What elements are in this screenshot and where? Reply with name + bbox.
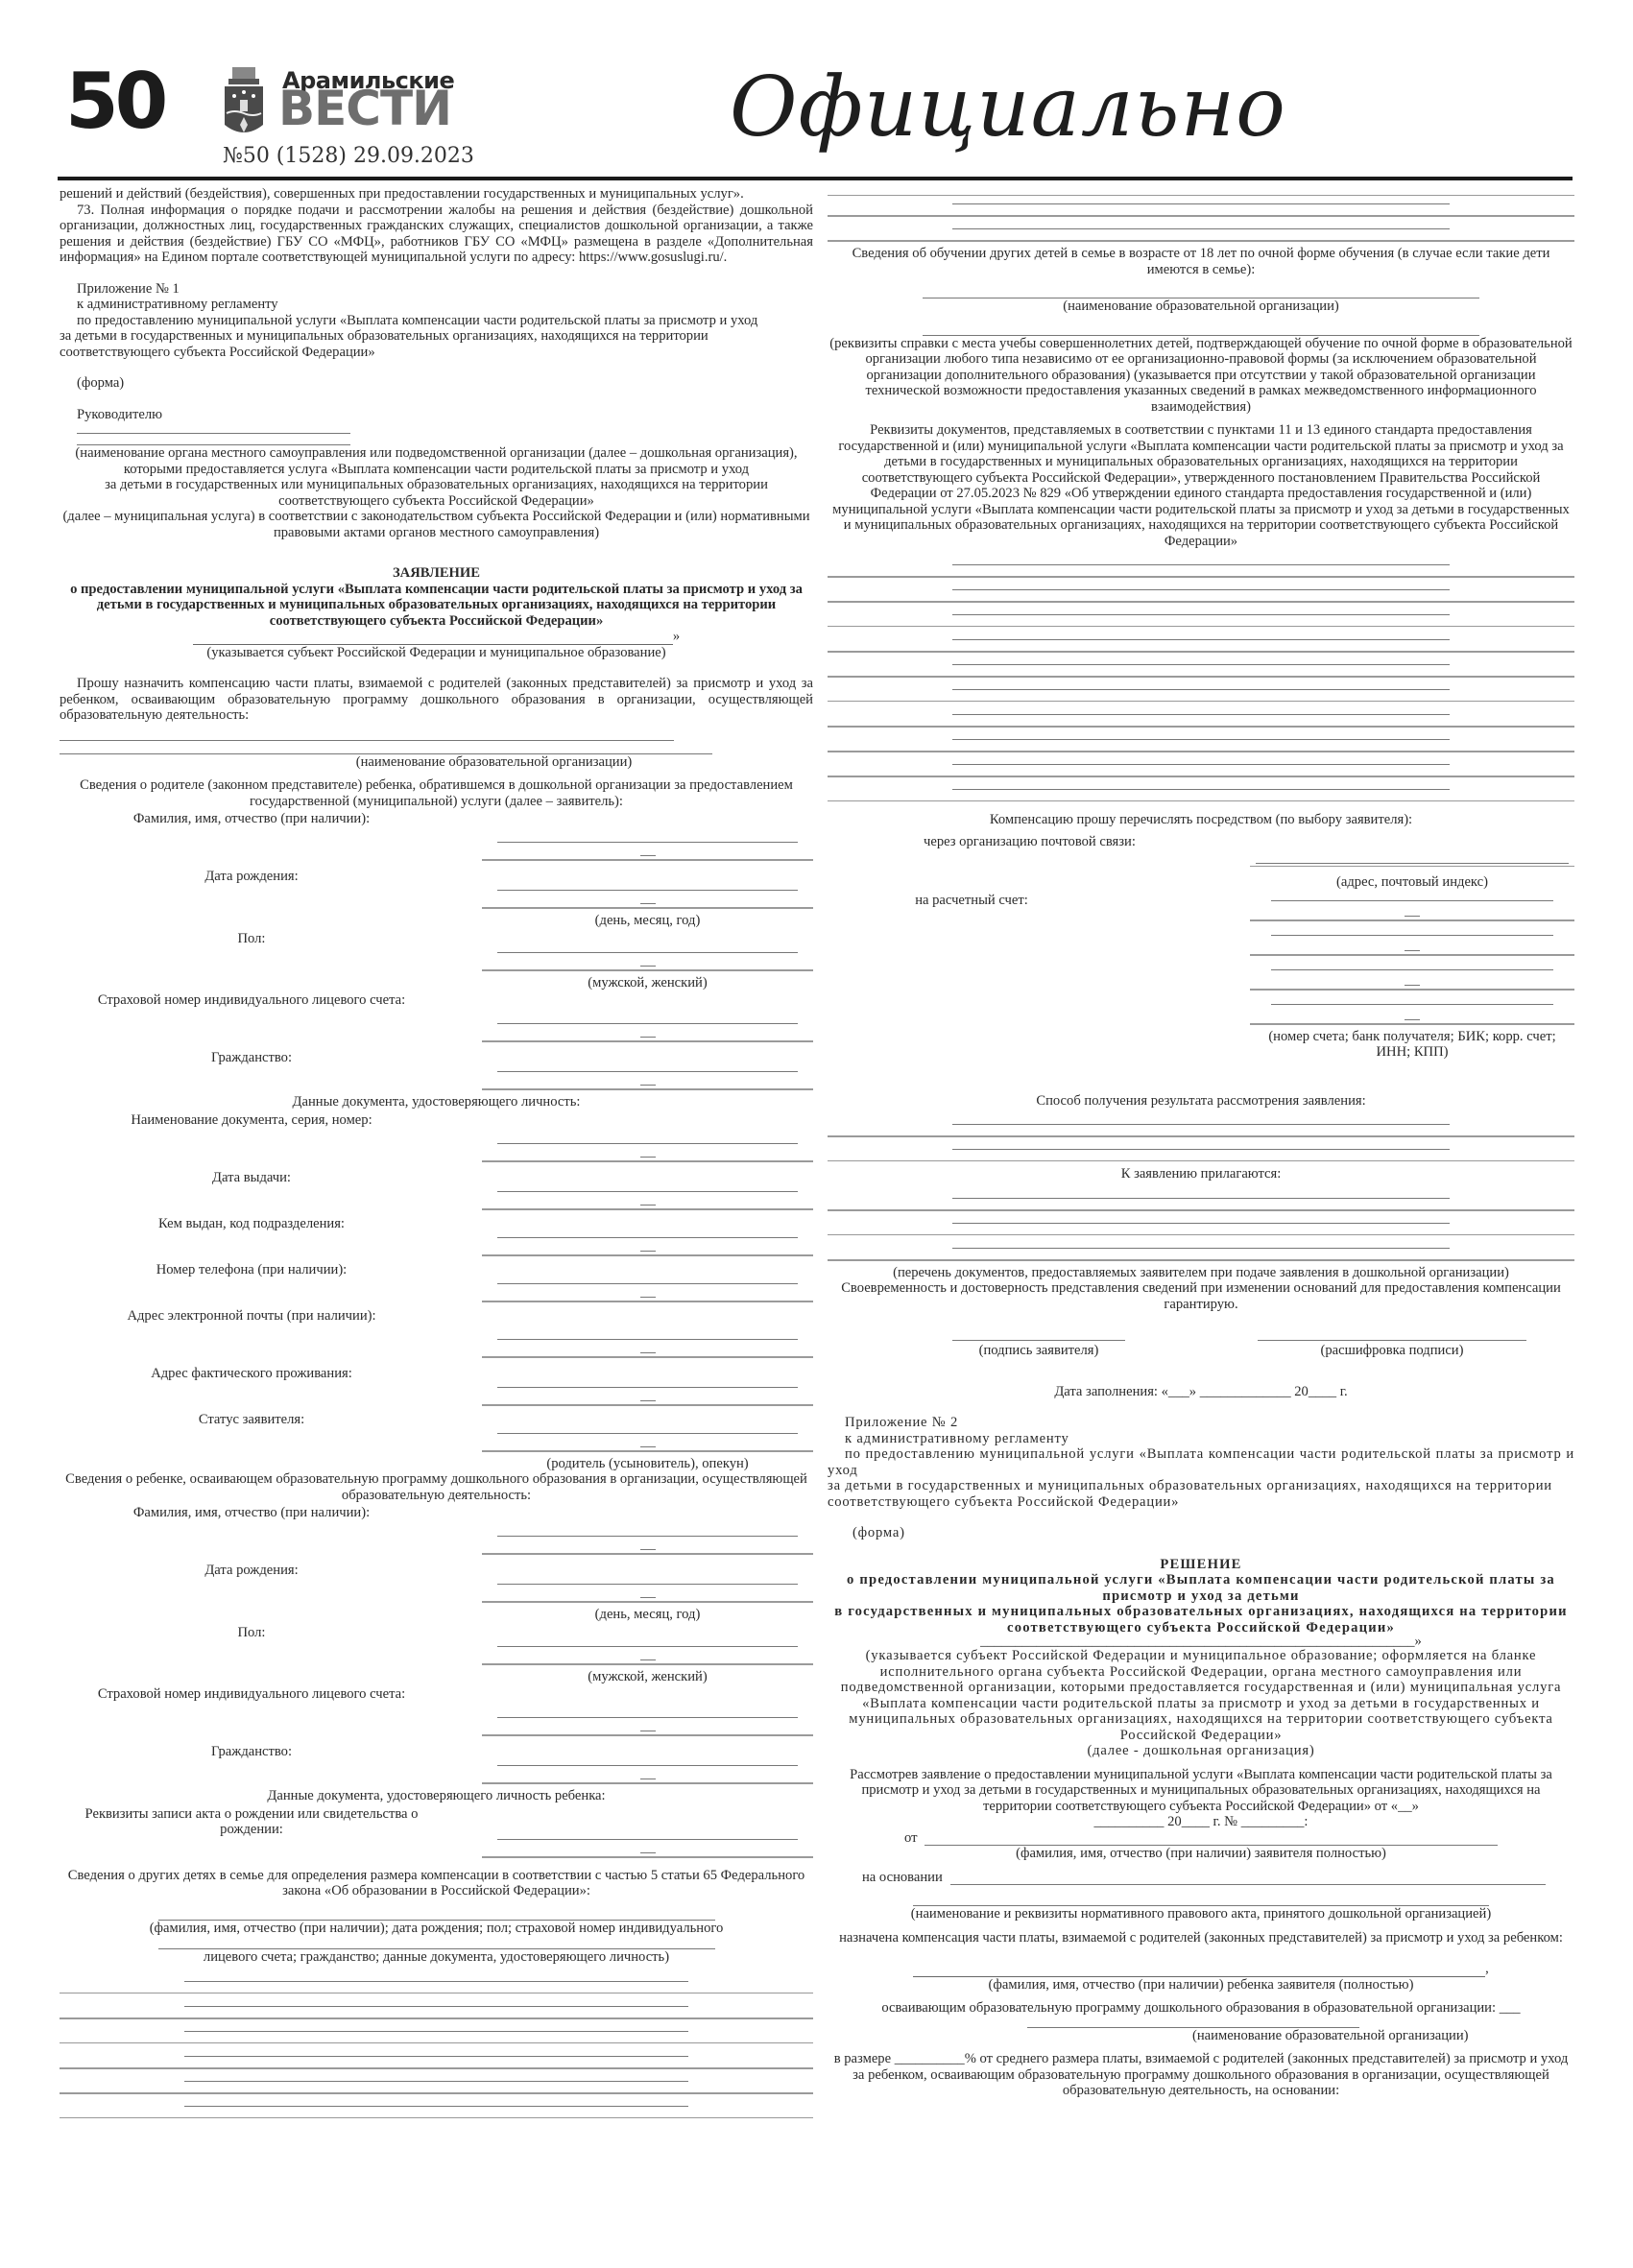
documents-row[interactable] xyxy=(828,781,1574,806)
field-hint: (родитель (усыновитель), опекун) xyxy=(482,1456,813,1472)
documents-row[interactable] xyxy=(828,706,1574,731)
field-input[interactable] xyxy=(482,811,813,861)
field-hint: (день, месяц, год) xyxy=(482,913,813,929)
signature-decode-field[interactable] xyxy=(1258,1327,1526,1341)
application-subtitle: о предоставлении муниципальной услуги «В… xyxy=(60,582,813,630)
page-number: 50 xyxy=(65,63,164,140)
field-label: Страховой номер индивидуального лицевого… xyxy=(60,992,482,1009)
account-field[interactable] xyxy=(1250,960,1574,989)
account-field[interactable] xyxy=(1250,994,1574,1023)
field-label: Статус заявителя: xyxy=(60,1412,482,1428)
field-input[interactable] xyxy=(482,1744,813,1782)
documents-row[interactable] xyxy=(828,557,1574,582)
field-input[interactable] xyxy=(482,1625,813,1663)
other-children-row[interactable] xyxy=(60,1973,813,1998)
continuation-row[interactable] xyxy=(828,196,1574,221)
issue-info: №50 (1528) 29.09.2023 xyxy=(223,144,474,168)
form-field-row: Номер телефона (при наличии): xyxy=(60,1262,813,1301)
form-field-row: Пол: xyxy=(60,1625,813,1663)
org-hint-3: (далее – муниципальная услуга) в соответ… xyxy=(60,509,813,540)
org-hint-2: за детьми в государственных или муниципа… xyxy=(60,477,813,509)
request-text: Прошу назначить компенсацию части платы,… xyxy=(60,676,813,724)
field-input[interactable] xyxy=(482,1308,813,1358)
adult-children-heading: Сведения об обучении других детей в семь… xyxy=(828,246,1574,277)
basis-hint: (наименование и реквизиты нормативного п… xyxy=(828,1906,1574,1922)
child-fields: Фамилия, имя, отчество (при наличии):Дат… xyxy=(60,1505,813,1788)
considered-date: __________ 20____ г. № _________: xyxy=(828,1814,1574,1830)
certificate-line[interactable] xyxy=(923,322,1479,336)
form-field-row: Реквизиты записи акта о рождении или сви… xyxy=(60,1806,813,1858)
appendix2-line3: по предоставлению муниципальной услуги «… xyxy=(828,1446,1574,1478)
basis-field[interactable] xyxy=(950,1874,1546,1885)
postal-field[interactable] xyxy=(1256,863,1569,864)
amount-text: в размере __________% от среднего размер… xyxy=(828,2051,1574,2099)
adult-edu-org-line[interactable] xyxy=(923,285,1479,298)
field-input[interactable] xyxy=(482,1366,813,1404)
field-input[interactable] xyxy=(482,1112,813,1162)
attachments-row[interactable] xyxy=(828,1190,1574,1215)
form-field-row: Адрес фактического проживания: xyxy=(60,1366,813,1404)
documents-row[interactable] xyxy=(828,582,1574,607)
field-input[interactable] xyxy=(482,992,813,1042)
form-field-row: Фамилия, имя, отчество (при наличии): xyxy=(60,811,813,861)
item-73: 73. Полная информация о порядке подачи и… xyxy=(60,203,813,266)
child-doc-heading: Данные документа, удостоверяющего личнос… xyxy=(60,1788,813,1804)
documents-row[interactable] xyxy=(828,681,1574,706)
decision-hint-2: исполнительного органа субъекта Российск… xyxy=(828,1664,1574,1744)
appendix1-line1: Приложение № 1 xyxy=(60,281,813,298)
coat-of-arms-icon xyxy=(223,65,265,140)
attachments-hint: (перечень документов, предоставляемых за… xyxy=(828,1265,1574,1281)
edu-org-line-1[interactable] xyxy=(60,731,674,741)
form-field-row: Страховой номер индивидуального лицевого… xyxy=(60,992,813,1042)
form-field-row: Дата рождения: xyxy=(60,1563,813,1601)
form-field-row: Пол: xyxy=(60,931,813,969)
edu-org-hint: (наименование образовательной организаци… xyxy=(60,754,813,771)
result-method: Способ получения результата рассмотрения… xyxy=(828,1093,1574,1110)
field-input[interactable] xyxy=(482,869,813,907)
from-label: от xyxy=(904,1830,917,1847)
field-label: Адрес электронной почты (при наличии): xyxy=(60,1308,482,1325)
field-input[interactable] xyxy=(482,931,813,969)
from-hint: (фамилия, имя, отчество (при наличии) за… xyxy=(828,1846,1574,1862)
newspaper-name-main: ВЕСТИ xyxy=(278,84,451,132)
basis-label: на основании xyxy=(862,1870,943,1886)
field-input[interactable] xyxy=(482,1216,813,1254)
other-children-row[interactable] xyxy=(60,2048,813,2073)
other-children-row[interactable] xyxy=(60,2023,813,2048)
field-label: Гражданство: xyxy=(60,1744,482,1760)
decision-blank[interactable]: ________________________________________… xyxy=(828,1635,1574,1648)
left-column: решений и действий (бездействия), соверш… xyxy=(60,186,813,2123)
decision-hint: (указывается субъект Российской Федераци… xyxy=(828,1648,1574,1664)
other-children-line-1[interactable] xyxy=(158,1907,715,1921)
appendix1-line2: к административному регламенту xyxy=(60,297,813,313)
certificate-hint: (реквизиты справки с места учебы соверше… xyxy=(828,336,1574,416)
signature-row: (подпись заявителя) (расшифровка подписи… xyxy=(828,1327,1574,1359)
to-head: Руководителю xyxy=(60,407,813,423)
intro-tail: решений и действий (бездействия), соверш… xyxy=(60,186,813,203)
child-name-hint: (фамилия, имя, отчество (при наличии) ре… xyxy=(828,1977,1574,1993)
appendix2-line1: Приложение № 2 xyxy=(828,1415,1574,1431)
attachments-row[interactable] xyxy=(828,1215,1574,1240)
field-label: Фамилия, имя, отчество (при наличии): xyxy=(60,811,482,827)
field-label: Адрес фактического проживания: xyxy=(60,1366,482,1382)
id-doc-heading: Данные документа, удостоверяющего личнос… xyxy=(60,1094,813,1110)
parent-fields: Фамилия, имя, отчество (при наличии):Дат… xyxy=(60,811,813,1094)
field-input[interactable] xyxy=(482,1806,813,1858)
documents-heading: Реквизиты документов, представляемых в с… xyxy=(828,422,1574,549)
subject-field[interactable] xyxy=(193,633,673,645)
field-input[interactable] xyxy=(482,1686,813,1736)
form-label-2: (форма) xyxy=(828,1525,1574,1541)
other-children-heading: Сведения о других детях в семье для опре… xyxy=(60,1868,813,1899)
decision-subtitle-2: в государственных и муниципальных образо… xyxy=(828,1604,1574,1635)
appendix1-line4: за детьми в государственных и муниципаль… xyxy=(60,328,813,360)
account-fields xyxy=(1250,891,1574,1029)
postal-hint: (адрес, почтовый индекс) xyxy=(1250,874,1574,891)
form-field-row: Фамилия, имя, отчество (при наличии): xyxy=(60,1505,813,1555)
result-method-row[interactable] xyxy=(828,1141,1574,1166)
other-children-row[interactable] xyxy=(60,2098,813,2123)
field-label: Страховой номер индивидуального лицевого… xyxy=(60,1686,482,1703)
assigned-text: назначена компенсация части платы, взима… xyxy=(828,1930,1574,1946)
form-field-row: Кем выдан, код подразделения: xyxy=(60,1216,813,1254)
other-children-hint-1: (фамилия, имя, отчество (при наличии); д… xyxy=(60,1921,813,1937)
account-field[interactable] xyxy=(1250,891,1574,919)
form-label: (форма) xyxy=(60,375,813,392)
account-label: на расчетный счет: xyxy=(828,891,1250,1029)
result-method-row[interactable] xyxy=(828,1116,1574,1141)
field-label: Дата выдачи: xyxy=(60,1170,482,1186)
section-title: Официально xyxy=(730,60,1286,155)
account-hint: (номер счета; банк получателя; БИК; корр… xyxy=(1250,1029,1574,1061)
field-label: Пол: xyxy=(60,1625,482,1641)
form-field-row: Адрес электронной почты (при наличии): xyxy=(60,1308,813,1358)
continuation-line[interactable] xyxy=(828,186,1574,196)
field-input[interactable] xyxy=(482,1563,813,1601)
field-hint: (мужской, женский) xyxy=(482,1669,813,1685)
transfer-heading: Компенсацию прошу перечислять посредство… xyxy=(828,812,1574,828)
child-doc-fields: Реквизиты записи акта о рождении или сви… xyxy=(60,1806,813,1868)
field-input[interactable] xyxy=(482,1050,813,1088)
other-children-row[interactable] xyxy=(60,1998,813,2023)
account-field[interactable] xyxy=(1250,925,1574,954)
decision-hint-3: (далее - дошкольная организация) xyxy=(828,1743,1574,1759)
form-field-row: Наименование документа, серия, номер: xyxy=(60,1112,813,1162)
appendix2-line4: за детьми в государственных и муниципаль… xyxy=(828,1478,1574,1510)
guarantee-text: Своевременность и достоверность представ… xyxy=(828,1280,1574,1312)
other-children-row[interactable] xyxy=(60,2073,813,2098)
edu-org-line-2[interactable] xyxy=(60,741,712,754)
org-hint: (наименование органа местного самоуправл… xyxy=(60,445,813,477)
head-line-1[interactable] xyxy=(77,422,350,434)
form-field-row: Гражданство: xyxy=(60,1050,813,1088)
documents-row[interactable] xyxy=(828,657,1574,681)
right-column: Сведения об обучении других детей в семь… xyxy=(828,186,1574,2099)
other-children-line-2[interactable] xyxy=(158,1936,715,1949)
field-label: Дата рождения: xyxy=(60,869,482,885)
field-hint: (мужской, женский) xyxy=(482,975,813,991)
attachments-heading: К заявлению прилагаются: xyxy=(828,1166,1574,1182)
id-fields: Наименование документа, серия, номер:Дат… xyxy=(60,1112,813,1472)
continuation-row[interactable] xyxy=(828,221,1574,246)
signature-field[interactable] xyxy=(952,1327,1125,1341)
fill-date: Дата заполнения: «___» _____________ 20_… xyxy=(828,1384,1574,1400)
field-input[interactable] xyxy=(482,1505,813,1555)
field-label: Гражданство: xyxy=(60,1050,482,1066)
form-field-row: Статус заявителя: xyxy=(60,1412,813,1450)
documents-row[interactable] xyxy=(828,607,1574,632)
field-label: Реквизиты записи акта о рождении или сви… xyxy=(60,1806,482,1838)
documents-row[interactable] xyxy=(828,632,1574,657)
considered-text: Рассмотрев заявление о предоставлении му… xyxy=(828,1767,1574,1815)
basis-line-2[interactable] xyxy=(913,1893,1489,1906)
subject-hint: (указывается субъект Российской Федераци… xyxy=(60,645,813,661)
field-label: Фамилия, имя, отчество (при наличии): xyxy=(60,1505,482,1521)
parent-heading: Сведения о родителе (законном представит… xyxy=(60,777,813,809)
decision-title: РЕШЕНИЕ xyxy=(828,1557,1574,1573)
child-name-field[interactable] xyxy=(913,1966,1485,1977)
field-label: Кем выдан, код подразделения: xyxy=(60,1216,482,1232)
from-field[interactable] xyxy=(925,1834,1498,1846)
header-rule xyxy=(58,177,1573,180)
head-line-2[interactable] xyxy=(77,434,350,445)
field-label: Номер телефона (при наличии): xyxy=(60,1262,482,1278)
attachments-row[interactable] xyxy=(828,1240,1574,1265)
field-input[interactable] xyxy=(482,1170,813,1208)
mastering-org-hint: (наименование образовательной организаци… xyxy=(828,2028,1574,2044)
masthead: 50 Арамильские ВЕСТИ №50 (1528) 29.09.20… xyxy=(0,0,1633,182)
postal-label: через организацию почтовой связи: xyxy=(828,834,1574,850)
form-field-row: Гражданство: xyxy=(60,1744,813,1782)
appendix2-line2: к административному регламенту xyxy=(828,1431,1574,1447)
adult-edu-org-hint: (наименование образовательной организаци… xyxy=(828,298,1574,315)
field-input[interactable] xyxy=(482,1412,813,1450)
appendix1-line3: по предоставлению муниципальной услуги «… xyxy=(60,313,813,329)
field-label: Наименование документа, серия, номер: xyxy=(60,1112,482,1129)
mastering-org-field[interactable] xyxy=(1027,2017,1359,2028)
documents-row[interactable] xyxy=(828,756,1574,781)
documents-lines xyxy=(828,557,1574,806)
form-field-row: Страховой номер индивидуального лицевого… xyxy=(60,1686,813,1736)
form-field-row: Дата рождения: xyxy=(60,869,813,907)
application-title: ЗАЯВЛЕНИЕ xyxy=(60,565,813,582)
field-label: Дата рождения: xyxy=(60,1563,482,1579)
documents-row[interactable] xyxy=(828,731,1574,756)
mastering-text: осваивающим образовательную программу до… xyxy=(828,2000,1574,2017)
field-hint: (день, месяц, год) xyxy=(482,1607,813,1623)
child-heading: Сведения о ребенке, осваивающем образова… xyxy=(60,1471,813,1503)
other-children-hint-2: лицевого счета; гражданство; данные доку… xyxy=(60,1949,813,1966)
form-field-row: Дата выдачи: xyxy=(60,1170,813,1208)
field-input[interactable] xyxy=(482,1262,813,1301)
field-label: Пол: xyxy=(60,931,482,947)
decision-subtitle-1: о предоставлении муниципальной услуги «В… xyxy=(828,1572,1574,1604)
